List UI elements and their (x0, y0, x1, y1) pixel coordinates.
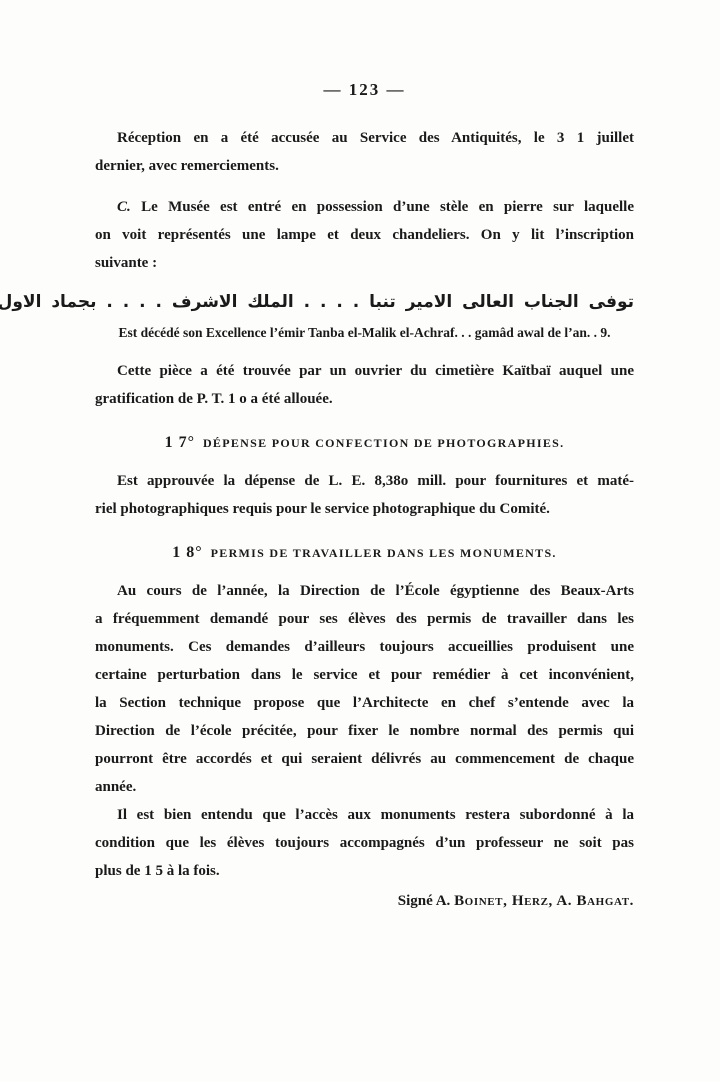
section-number: 1 7° (165, 434, 195, 451)
text-line: Est approuvée la dépense de L. E. 8,38o … (95, 467, 634, 495)
text-line: Direction de l’école précitée, pour fixe… (95, 717, 634, 745)
paragraph-musee: C. Le Musée est entré en possession d’un… (95, 193, 634, 277)
text-line: suivante : (95, 249, 634, 277)
text-span: Le Musée est entré en possession d’une s… (141, 199, 634, 215)
paragraph-approuvee: Est approuvée la dépense de L. E. 8,38o … (95, 467, 634, 523)
arabic-inscription: توفى الجناب العالى الامير تنبا . . . . ا… (95, 287, 634, 317)
inscription-translation: Est décédé son Excellence l’émir Tanba e… (95, 323, 634, 343)
paragraph-au-cours: Au cours de l’année, la Direction de l’É… (95, 577, 634, 801)
text-line: pourront être accordés et qui seraient d… (95, 745, 634, 773)
section-heading-17: 1 7°DÉPENSE POUR CONFECTION DE PHOTOGRAP… (95, 433, 634, 453)
text-block: — 123 — Réception en a été accusée au Se… (95, 80, 634, 915)
text-line: condition que les élèves toujours accomp… (95, 829, 634, 857)
text-line: Réception en a été accusée au Service de… (95, 124, 634, 152)
paragraph-reception: Réception en a été accusée au Service de… (95, 124, 634, 180)
section-letter: C. (117, 199, 131, 215)
text-line: gratification de P. T. 1 o a été allouée… (95, 385, 634, 413)
text-line: certaine perturbation dans le service et… (95, 661, 634, 689)
text-line: Au cours de l’année, la Direction de l’É… (95, 577, 634, 605)
text-line: année. (95, 773, 634, 801)
text-line: a fréquemment demandé pour ses élèves de… (95, 605, 634, 633)
section-number: 1 8° (172, 544, 202, 561)
signature-names: Boinet, Herz, A. Bahgat. (454, 893, 634, 909)
section-title: DÉPENSE POUR CONFECTION DE PHOTOGRAPHIES… (203, 436, 564, 450)
text-line: la Section technique propose que l’Archi… (95, 689, 634, 717)
text-line: C. Le Musée est entré en possession d’un… (95, 193, 634, 221)
text-line: Cette pièce a été trouvée par un ouvrier… (95, 357, 634, 385)
signature-prefix: Signé A. (398, 893, 454, 909)
text-line: riel photographiques requis pour le serv… (95, 495, 634, 523)
text-line: dernier, avec remerciements. (95, 152, 634, 180)
paragraph-il-est: Il est bien entendu que l’accès aux monu… (95, 801, 634, 885)
section-title: PERMIS DE TRAVAILLER DANS LES MONUMENTS. (211, 546, 557, 560)
document-page: — 123 — Réception en a été accusée au Se… (0, 0, 720, 1082)
signature-line: Signé A. Boinet, Herz, A. Bahgat. (95, 887, 634, 915)
text-line: plus de 1 5 à la fois. (95, 857, 634, 885)
text-line: on voit représentés une lampe et deux ch… (95, 221, 634, 249)
text-line: Il est bien entendu que l’accès aux monu… (95, 801, 634, 829)
paragraph-cette-piece: Cette pièce a été trouvée par un ouvrier… (95, 357, 634, 413)
section-heading-18: 1 8°PERMIS DE TRAVAILLER DANS LES MONUME… (95, 543, 634, 563)
text-line: monuments. Ces demandes d’ailleurs toujo… (95, 633, 634, 661)
page-number: — 123 — (95, 80, 634, 100)
